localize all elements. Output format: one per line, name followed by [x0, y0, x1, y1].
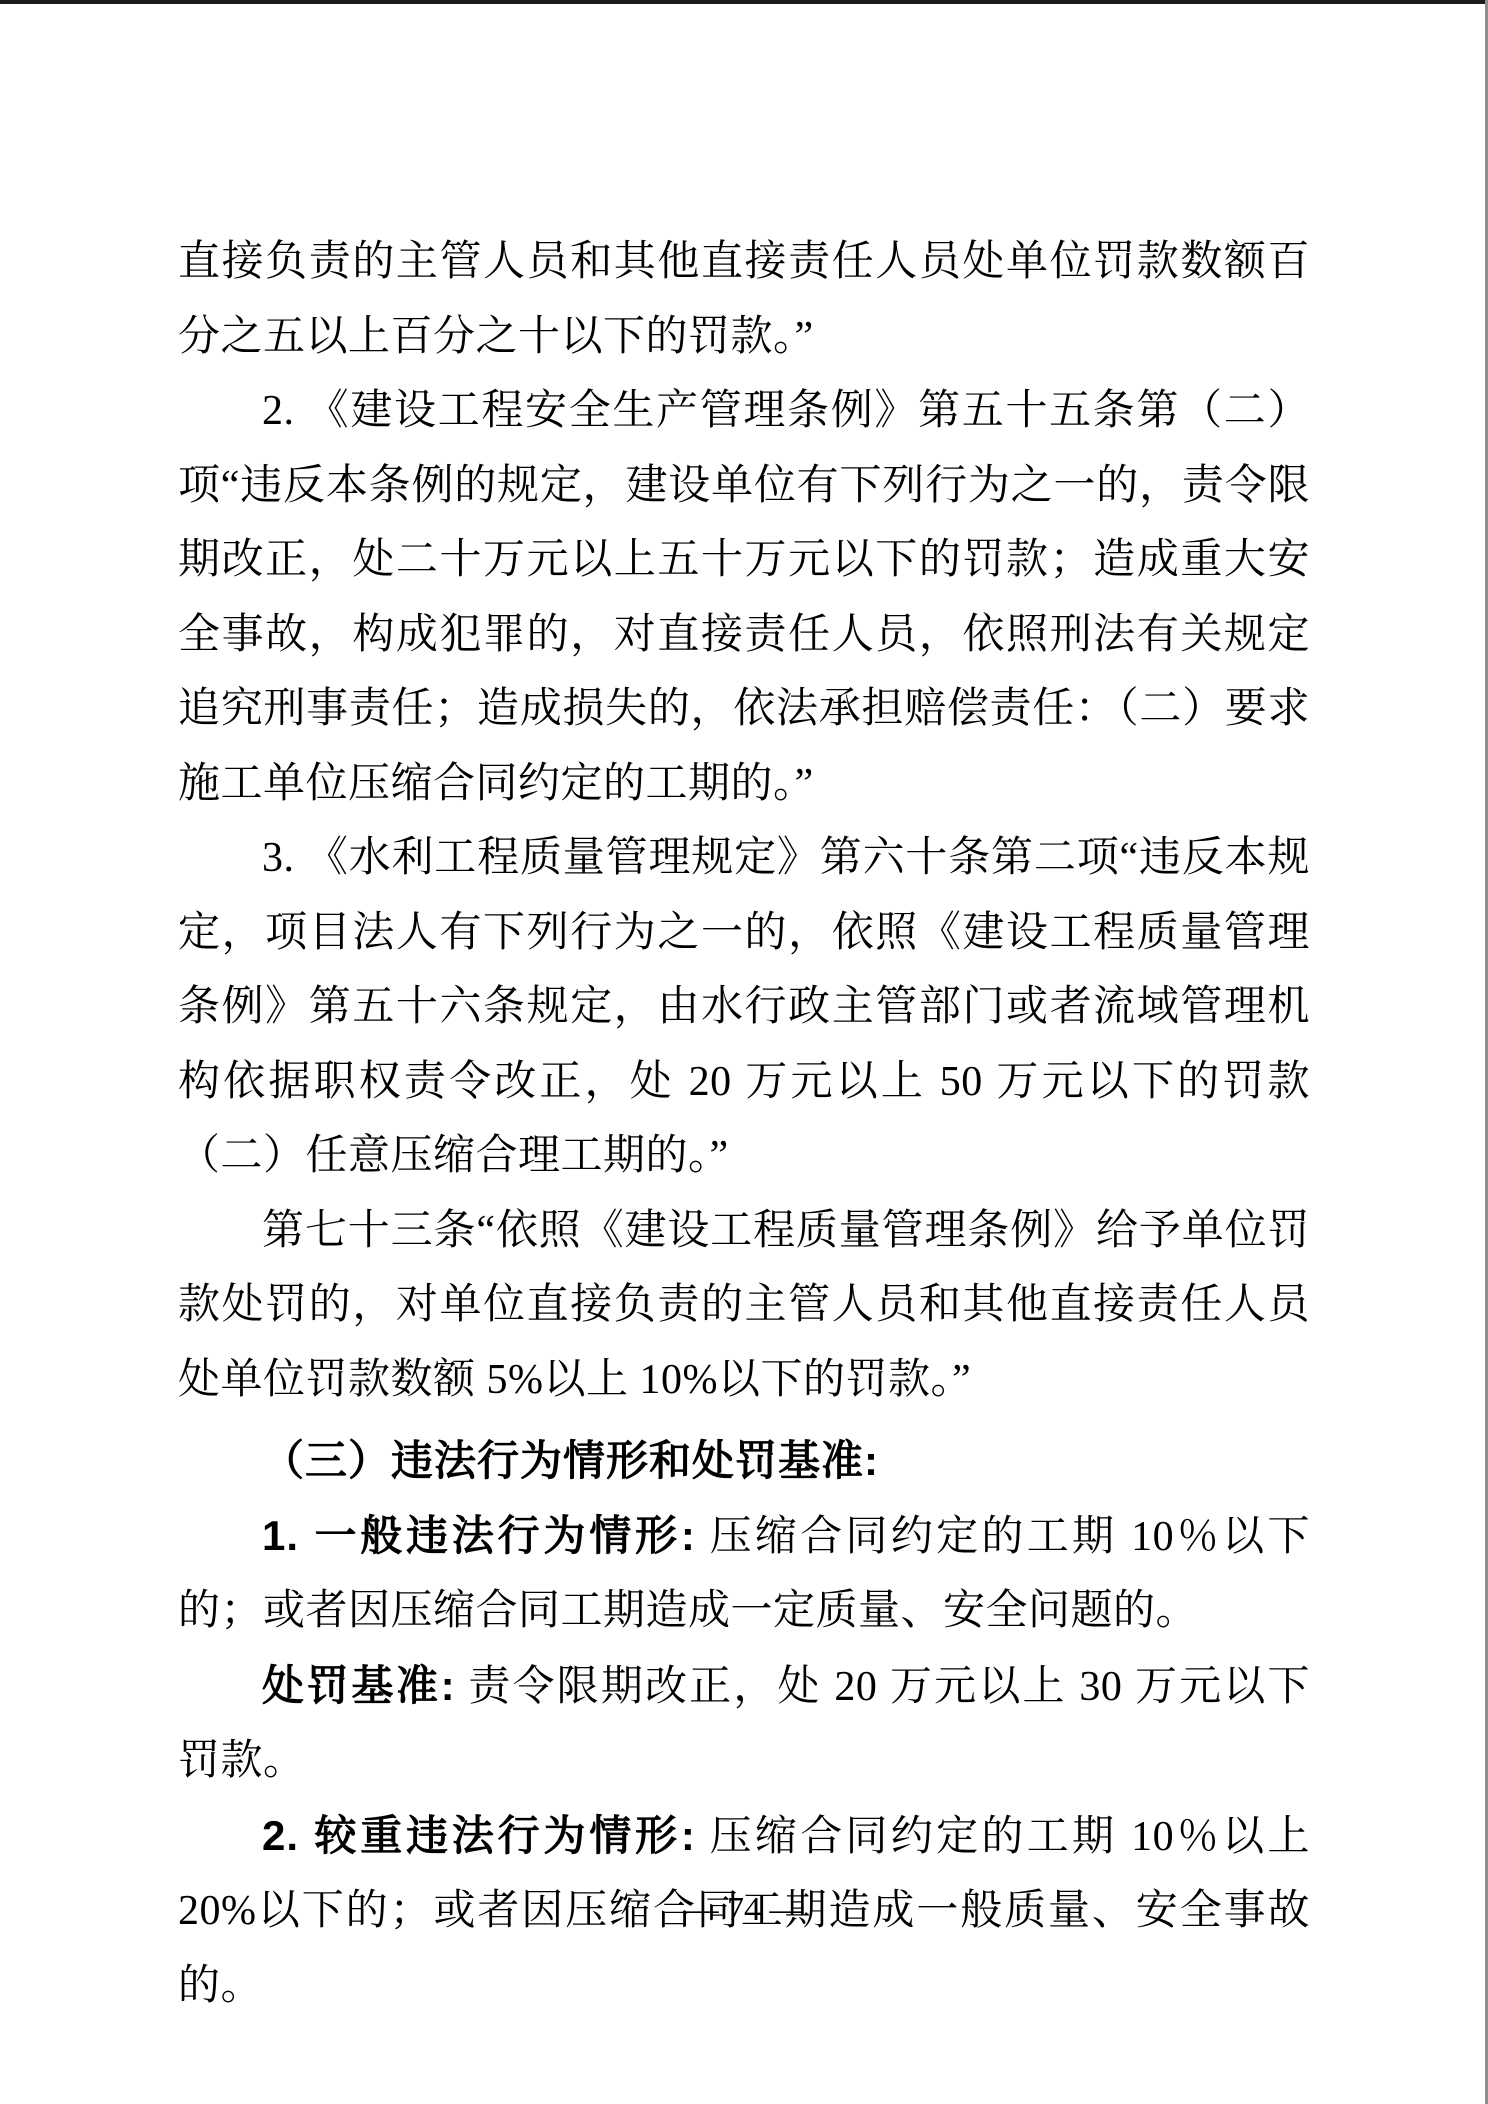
paragraph-general-violation: 1. 一般违法行为情形: 压缩合同约定的工期 10％以下的；或者因压缩合同工期造… [178, 1499, 1310, 1649]
serious-violation-lead-label: 2. 较重违法行为情形: [262, 1812, 696, 1859]
paragraph-continuation: 直接负责的主管人员和其他直接责任人员处单位罚款数额百分之五以上百分之十以下的罚款… [178, 225, 1310, 374]
paragraph-item-2-construction-safety-regulation: 2. 《建设工程安全生产管理条例》第五十五条第（二）项“违反本条例的规定，建设单… [178, 374, 1310, 821]
penalty-benchmark-lead-label: 处罚基准: [262, 1662, 456, 1709]
paragraph-item-3-water-project-quality-regulation: 3. 《水利工程质量管理规定》第六十条第二项“违反本规定，项目法人有下列行为之一… [178, 821, 1310, 1194]
general-violation-lead-label: 1. 一般违法行为情形: [262, 1512, 696, 1559]
page-number: — 74 — [0, 1890, 1488, 1930]
paragraph-article-73: 第七十三条“依照《建设工程质量管理条例》给予单位罚款处罚的，对单位直接负责的主管… [178, 1194, 1310, 1418]
paragraph-penalty-benchmark: 处罚基准: 责令限期改正，处 20 万元以上 30 万元以下罚款。 [178, 1649, 1310, 1799]
section-heading-violation-and-penalty-benchmark: （三）违法行为情形和处罚基准: [178, 1424, 1310, 1499]
scan-top-edge [0, 0, 1488, 4]
document-page: 直接负责的主管人员和其他直接责任人员处单位罚款数额百分之五以上百分之十以下的罚款… [0, 0, 1488, 2104]
document-body: 直接负责的主管人员和其他直接责任人员处单位罚款数额百分之五以上百分之十以下的罚款… [178, 225, 1310, 2023]
